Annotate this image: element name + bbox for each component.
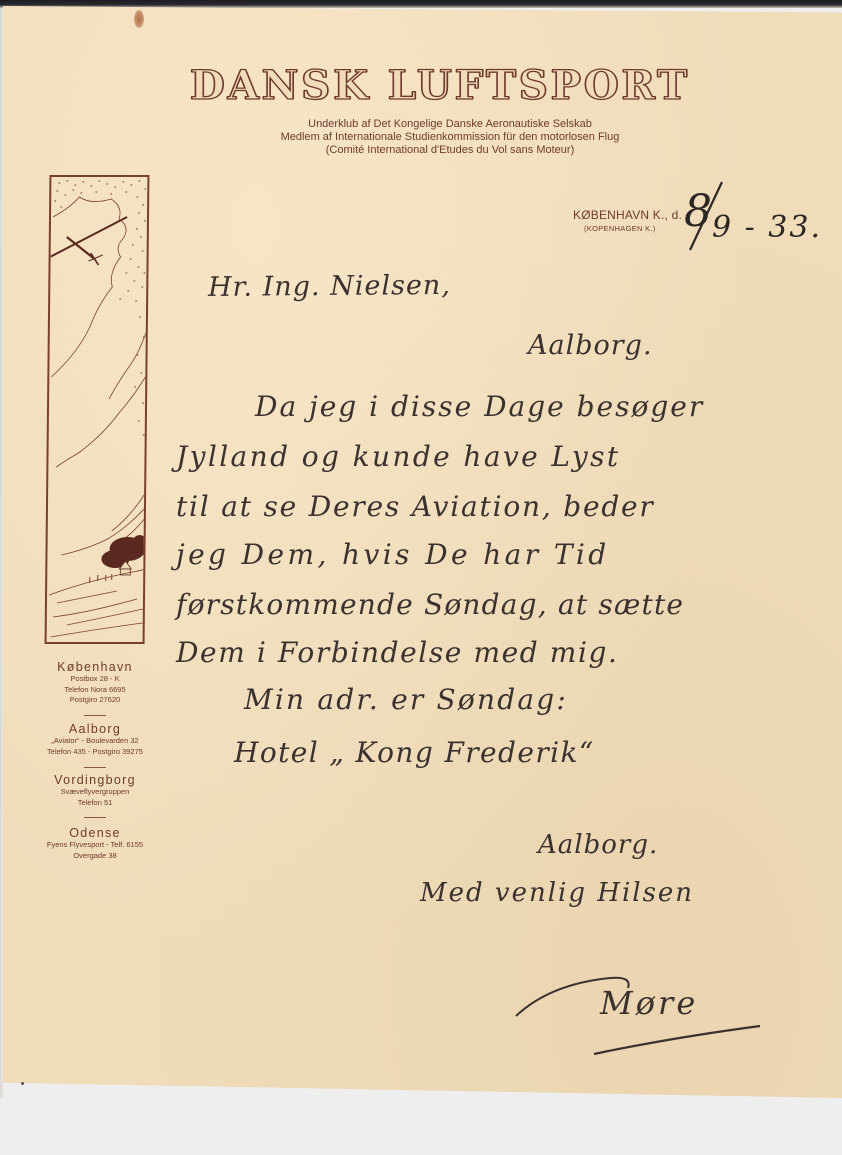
letterhead-title-text: DANSK LUFTSPORT <box>190 62 690 109</box>
office-line: Svæveflyvergruppen <box>20 787 170 798</box>
glider-illustration <box>45 175 150 644</box>
letter-closing-place: Aalborg. <box>538 830 658 860</box>
ink-stain <box>134 10 144 28</box>
office-line: Telefon 435 - Postgiro 39275 <box>20 747 170 758</box>
office-divider <box>84 715 106 716</box>
letter-salutation: Hr. Ing. Nielsen, <box>208 270 451 303</box>
office-line: Postgiro 27620 <box>20 695 170 706</box>
letterhead-place: KØBENHAVN K., d. <box>573 208 682 222</box>
letterhead-subtitle-3: (Comité International d'Etudes du Vol sa… <box>200 144 700 157</box>
office-city: Aalborg <box>20 722 170 736</box>
office-city: København <box>20 660 170 674</box>
letter-body-line: Hotel „ Kong Frederik“ <box>234 736 595 769</box>
office-line: Fyens Flyvesport - Telf. 6155 <box>20 840 170 851</box>
office-aalborg: Aalborg „Aviator“ - Boulevarden 32 Telef… <box>20 722 170 757</box>
letter-body-line: Min adr. er Søndag: <box>244 683 568 716</box>
letter-body-line: til at se Deres Aviation, beder <box>176 490 655 523</box>
letterhead-subtitle-1: Underklub af Det Kongelige Danske Aerona… <box>200 118 700 131</box>
letter-closing: Med venlig Hilsen <box>420 878 694 908</box>
date-month-year: 9 - 33. <box>712 210 822 245</box>
scan-top-edge <box>0 0 842 8</box>
office-line: Postbox 28 - K <box>20 674 170 685</box>
office-line: Telefon Nora 6695 <box>20 685 170 696</box>
office-city: Vordingborg <box>20 773 170 787</box>
letter-body-line: Dem i Forbindelse med mig. <box>176 636 619 669</box>
letter-body-line: Da jeg i disse Dage besøger <box>255 390 704 423</box>
letter-body-line: jeg Dem, hvis De har Tid <box>176 538 610 571</box>
office-odense: Odense Fyens Flyvesport - Telf. 6155 Ove… <box>20 826 170 861</box>
office-line: Telefon 51 <box>20 798 170 809</box>
glider-landscape-icon <box>47 177 150 644</box>
signature-flourish-icon <box>510 970 780 1060</box>
letterhead-subtitle-2: Medlem af Internationale Studienkommissi… <box>200 131 700 144</box>
letter-body-line: førstkommende Søndag, at sætte <box>176 588 684 621</box>
paper-speck <box>21 1082 24 1085</box>
letter-salutation-place: Aalborg. <box>528 330 653 361</box>
letterhead-title: DANSK LUFTSPORT <box>140 62 740 109</box>
office-line: „Aviator“ - Boulevarden 32 <box>20 736 170 747</box>
letter-body-line: Jylland og kunde have Lyst <box>176 440 621 473</box>
office-divider <box>84 817 106 818</box>
office-line: Overgade 38 <box>20 851 170 862</box>
office-vordingborg: Vordingborg Svæveflyvergruppen Telefon 5… <box>20 773 170 808</box>
office-divider <box>84 767 106 768</box>
letterhead-place-sub: (KOPENHAGEN K.) <box>584 224 656 233</box>
office-city: Odense <box>20 826 170 840</box>
office-kobenhavn: København Postbox 28 - K Telefon Nora 66… <box>20 660 170 706</box>
